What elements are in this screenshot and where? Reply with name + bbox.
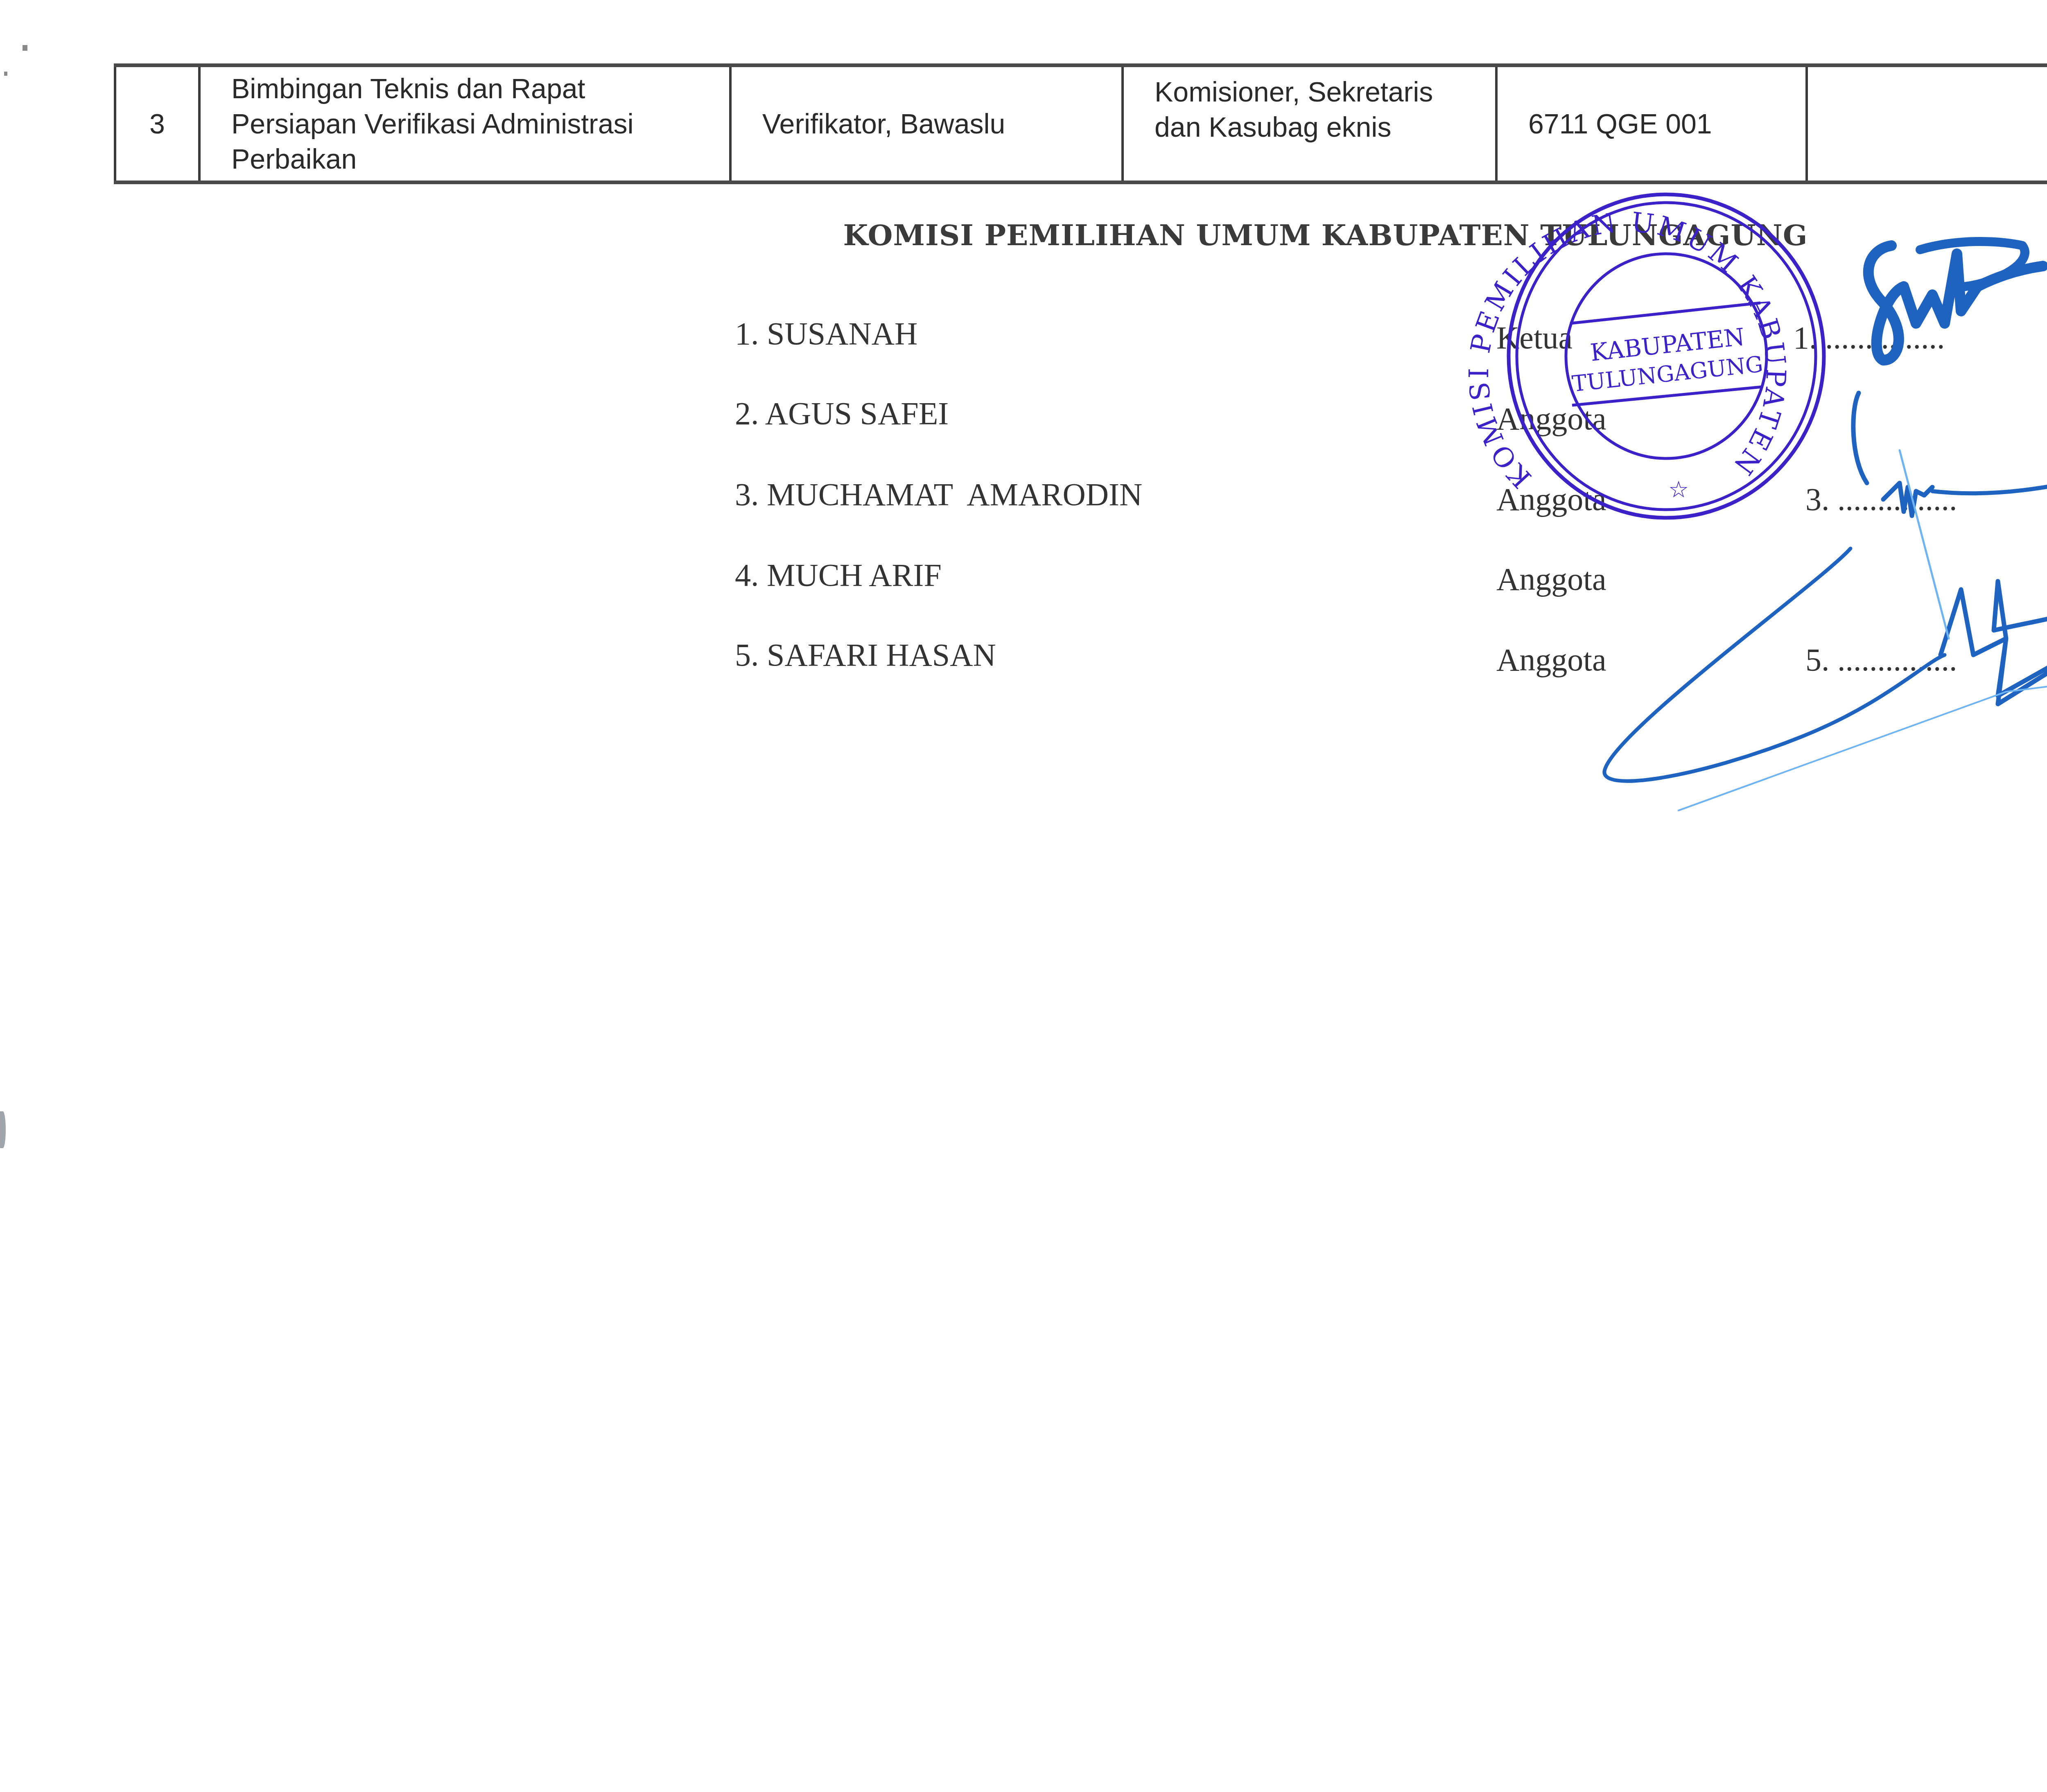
- responsible-line-2: dan Kasubag eknis: [1155, 110, 1433, 145]
- signatory-name-2: 2. AGUS SAFEI: [735, 395, 949, 432]
- scan-speck: [23, 45, 27, 51]
- cell-responsible: Komisioner, Sekretaris dan Kasubag eknis: [1121, 67, 1495, 181]
- signatory-name-3: 3. MUCHAMAT AMARODIN: [735, 476, 1142, 513]
- scan-edge-mark: [0, 1111, 6, 1148]
- stamp-center-line-1: KABUPATEN: [1589, 323, 1746, 367]
- signature-heading: KOMISI PEMILIHAN UMUM KABUPATEN TULUNGAG…: [0, 218, 2047, 252]
- signatory-name-4: 4. MUCH ARIF: [735, 557, 942, 594]
- schedule-table-row: 3 Bimbingan Teknis dan Rapat Persiapan V…: [114, 63, 2047, 184]
- activity-line-2: Persiapan Verifikasi Administrasi: [231, 106, 634, 142]
- scan-speck: [4, 72, 7, 76]
- signature-line-5: 5. ...............: [1805, 641, 1957, 678]
- signature-line-1: 1. ...............: [1793, 319, 1945, 356]
- signatory-name-5: 5. SAFARI HASAN: [735, 636, 996, 673]
- signatory-position-3: Anggota: [1496, 481, 1606, 518]
- activity-line-3: Perbaikan: [231, 142, 634, 177]
- stamp-and-signatures: KOMISI PEMILIHAN UMUM KABUPATEN KABUPATE…: [0, 0, 2047, 1792]
- activity-line-1: Bimbingan Teknis dan Rapat: [231, 71, 634, 106]
- document-page: 3 Bimbingan Teknis dan Rapat Persiapan V…: [0, 0, 2047, 1792]
- responsible-line-1: Komisioner, Sekretaris: [1155, 74, 1433, 110]
- cell-code: 6711 QGE 001: [1495, 67, 1805, 181]
- cell-number: 3: [114, 67, 198, 181]
- stamp-center-line-2: TULUNGAGUNG: [1571, 351, 1764, 397]
- signatory-position-5: Anggota: [1496, 641, 1606, 678]
- cell-activity: Bimbingan Teknis dan Rapat Persiapan Ver…: [198, 67, 729, 181]
- signatory-position-1: Ketua: [1496, 319, 1573, 356]
- cell-participants: Verifikator, Bawaslu: [729, 67, 1121, 181]
- signatory-name-1: 1. SUSANAH: [735, 315, 917, 352]
- stamp-star-icon: ☆: [1668, 477, 1689, 503]
- signature-line-3: 3. ...............: [1805, 481, 1957, 518]
- signatory-position-2: Anggota: [1496, 400, 1606, 437]
- signatory-position-4: Anggota: [1496, 561, 1606, 598]
- cell-empty-1: [1805, 67, 2047, 181]
